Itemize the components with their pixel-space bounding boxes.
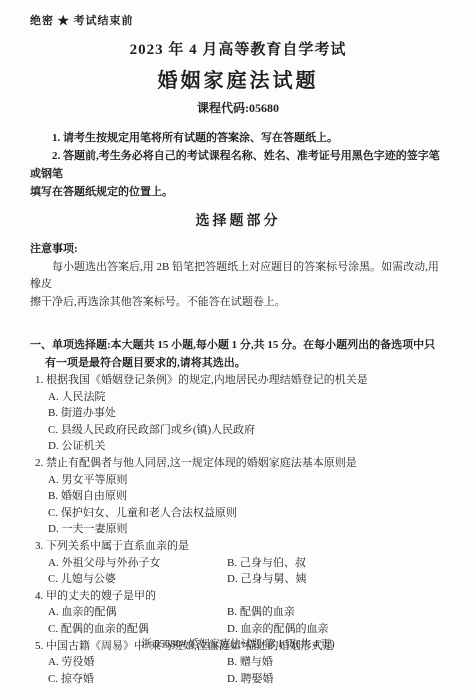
course-code: 课程代码:05680: [30, 99, 446, 116]
notice-label: 注意事项:: [30, 241, 446, 259]
question-2-option-b: B. 婚姻自由原则: [48, 488, 446, 505]
question-3: 3. 下列关系中属于直系血亲的是 A. 外祖父母与外孙子女 B. 己身与伯、叔 …: [35, 538, 446, 588]
question-2-options: A. 男女平等原则 B. 婚姻自由原则 C. 保护妇女、儿童和老人合法权益原则 …: [35, 472, 446, 538]
security-classification-label: 绝密 ★ 考试结束前: [30, 12, 446, 28]
question-1-stem: 1. 根据我国《婚姻登记条例》的规定,内地居民办理结婚登记的机关是: [35, 372, 446, 389]
question-5-option-b: B. 赠与婚: [227, 654, 446, 671]
question-3-option-a: A. 外祖父母与外孙子女: [48, 555, 227, 572]
exam-session-title: 2023 年 4 月高等教育自学考试: [30, 38, 446, 59]
part-one-heading-line-1: 一、单项选择题:本大题共 15 小题,每小题 1 分,共 15 分。在每小题列出…: [30, 337, 446, 355]
question-5-option-d: D. 聘娶婚: [227, 671, 446, 688]
question-1: 1. 根据我国《婚姻登记条例》的规定,内地居民办理结婚登记的机关是 A. 人民法…: [35, 372, 446, 455]
question-2-option-d: D. 一夫一妻原则: [48, 521, 446, 538]
instruction-item-2-line-1: 2. 答题前,考生务必将自己的考试课程名称、姓名、准考证号用黑色字迹的签字笔或钢…: [30, 147, 446, 183]
question-3-option-b: B. 己身与伯、叔: [227, 555, 446, 572]
question-1-options: A. 人民法院 B. 街道办事处 C. 县级人民政府民政部门或乡(镇)人民政府 …: [35, 389, 446, 455]
question-2-option-c: C. 保护妇女、儿童和老人合法权益原则: [48, 505, 446, 522]
question-5-option-a: A. 劳役婚: [48, 654, 227, 671]
notice-line-1: 每小题选出答案后,用 2B 铅笔把答题纸上对应题目的答案标号涂黑。如需改动,用橡…: [30, 259, 446, 294]
question-1-option-d: D. 公证机关: [48, 438, 446, 455]
part-one-heading: 一、单项选择题:本大题共 15 小题,每小题 1 分,共 15 分。在每小题列出…: [30, 337, 446, 372]
notice-line-2: 擦干净后,再选涂其他答案标号。不能答在试题卷上。: [30, 294, 446, 312]
question-2-stem: 2. 禁止有配偶者与他人同居,这一规定体现的婚姻家庭法基本原则是: [35, 455, 446, 472]
question-3-options: A. 外祖父母与外孙子女 B. 己身与伯、叔 C. 儿媳与公婆 D. 己身与舅、…: [35, 555, 446, 588]
notice-block: 注意事项: 每小题选出答案后,用 2B 铅笔把答题纸上对应题目的答案标号涂黑。如…: [30, 241, 446, 311]
question-2-option-a: A. 男女平等原则: [48, 472, 446, 489]
question-1-option-a: A. 人民法院: [48, 389, 446, 406]
question-4-options: A. 血亲的配偶 B. 配偶的血亲 C. 配偶的血亲的配偶 D. 血亲的配偶的血…: [35, 604, 446, 637]
question-1-option-b: B. 街道办事处: [48, 405, 446, 422]
instruction-item-2-line-2: 填写在答题纸规定的位置上。: [30, 183, 446, 201]
exam-instructions: 1. 请考生按规定用笔将所有试题的答案涂、写在答题纸上。 2. 答题前,考生务必…: [30, 129, 446, 201]
part-one-heading-line-2: 有一项是最符合题目要求的,请将其选出。: [30, 355, 446, 373]
question-4-option-a: A. 血亲的配偶: [48, 604, 227, 621]
question-3-option-c: C. 儿媳与公婆: [48, 571, 227, 588]
section-title: 选择题部分: [30, 210, 446, 230]
question-4-stem: 4. 甲的丈夫的嫂子是甲的: [35, 588, 446, 605]
question-3-option-d: D. 己身与舅、姨: [227, 571, 446, 588]
question-5-options: A. 劳役婚 B. 赠与婚 C. 掠夺婚 D. 聘娶婚: [35, 654, 446, 687]
question-5-option-c: C. 掠夺婚: [48, 671, 227, 688]
question-1-option-c: C. 县级人民政府民政部门或乡(镇)人民政府: [48, 422, 446, 439]
question-4-option-c: C. 配偶的血亲的配偶: [48, 621, 227, 638]
instruction-item-1: 1. 请考生按规定用笔将所有试题的答案涂、写在答题纸上。: [30, 129, 446, 147]
page-footer: 浙 05680# 婚姻家庭法试题 第 1 页(共 4 页): [0, 636, 476, 651]
question-4-option-b: B. 配偶的血亲: [227, 604, 446, 621]
question-4-option-d: D. 血亲的配偶的血亲: [227, 621, 446, 638]
question-3-stem: 3. 下列关系中属于直系血亲的是: [35, 538, 446, 555]
exam-paper-title: 婚姻家庭法试题: [30, 64, 446, 93]
question-2: 2. 禁止有配偶者与他人同居,这一规定体现的婚姻家庭法基本原则是 A. 男女平等…: [35, 455, 446, 538]
question-4: 4. 甲的丈夫的嫂子是甲的 A. 血亲的配偶 B. 配偶的血亲 C. 配偶的血亲…: [35, 588, 446, 638]
exam-paper-page: 绝密 ★ 考试结束前 2023 年 4 月高等教育自学考试 婚姻家庭法试题 课程…: [0, 0, 476, 698]
